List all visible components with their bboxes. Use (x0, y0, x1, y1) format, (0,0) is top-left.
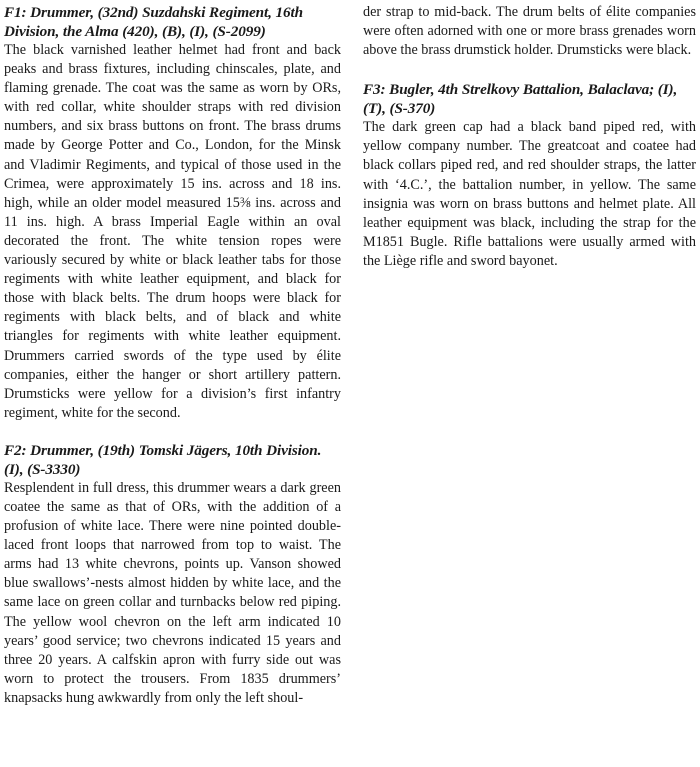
section-gap (363, 60, 696, 80)
section-heading: F2: Drummer, (19th) Tomski Jägers, 10th … (4, 441, 341, 479)
section-f2: F2: Drummer, (19th) Tomski Jägers, 10th … (4, 441, 341, 708)
right-column: der strap to mid-back. The drum belts of… (363, 3, 696, 271)
section-f2-continued: der strap to mid-back. The drum belts of… (363, 3, 696, 60)
section-body: The black varnished leather helmet had f… (4, 41, 341, 423)
section-heading: F3: Bugler, 4th Strelkovy Battalion, Bal… (363, 80, 696, 118)
section-body: Resplendent in full dress, this drummer … (4, 479, 341, 708)
document-page: F1: Drummer, (32nd) Suzdahski Regiment, … (0, 0, 700, 767)
section-body: The dark green cap had a black band pipe… (363, 118, 696, 271)
section-gap (4, 423, 341, 441)
section-heading: F1: Drummer, (32nd) Suzdahski Regiment, … (4, 3, 341, 41)
section-f3: F3: Bugler, 4th Strelkovy Battalion, Bal… (363, 80, 696, 271)
left-column: F1: Drummer, (32nd) Suzdahski Regiment, … (4, 3, 341, 708)
section-body-continued: der strap to mid-back. The drum belts of… (363, 3, 696, 60)
section-f1: F1: Drummer, (32nd) Suzdahski Regiment, … (4, 3, 341, 423)
